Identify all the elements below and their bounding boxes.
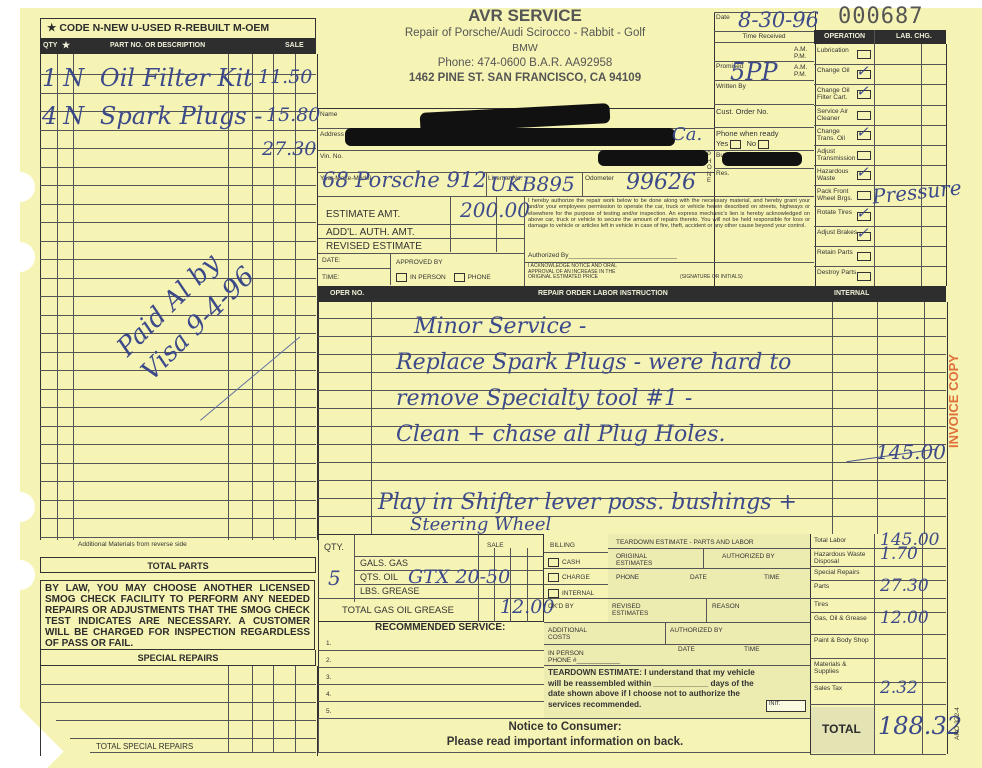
smog-notice: BY LAW, YOU MAY CHOOSE ANOTHER LICENSED … [40, 580, 315, 650]
addl-auth-label: ADD'L. AUTH. AMT. [326, 228, 415, 237]
authorization-text: I hereby authorize the repair work below… [528, 198, 810, 229]
part-row-2-sale: 15.80 [266, 104, 320, 126]
time-2-label: TIME [744, 646, 760, 653]
oper-no-header: OPER NO. [330, 290, 364, 297]
totals-row-value: 1.70 [880, 544, 918, 564]
operation-checkbox[interactable] [857, 252, 871, 261]
authorized-by-2-label: AUTHORIZED BY [670, 627, 725, 634]
qts-oil-label: QTS. OIL [360, 573, 398, 582]
init-box[interactable]: INIT. [766, 700, 806, 712]
original-estimates-label: ORIGINAL ESTIMATES [616, 553, 676, 567]
operation-item-label: Adjust Transmission [817, 148, 859, 162]
promised-value: 5PP [730, 58, 778, 86]
recommended-item-5: 5. [326, 708, 331, 715]
vin-label: Vin. No. [320, 153, 343, 160]
license-value: UKB895 [490, 172, 575, 196]
odometer-value: 99626 [626, 170, 696, 195]
sale-header: SALE [285, 42, 304, 49]
operation-item-label: Hazardous Waste [817, 168, 859, 182]
approved-by-label: APPROVED BY [396, 259, 443, 266]
recommended-item-2: 2. [326, 657, 331, 664]
sale-header: SALE [487, 542, 504, 549]
approved-options: IN PERSON PHONE [396, 273, 491, 282]
phone-ready-options: Yes No [716, 139, 772, 149]
check-mark-icon: ✓ [856, 204, 869, 222]
total-value: 188.32 [878, 712, 962, 740]
operation-item-label: Change Oil [817, 67, 859, 74]
pm-label: P.M. [794, 53, 807, 60]
check-mark-icon: ✓ [856, 123, 869, 141]
odometer-label: Odometer [585, 175, 614, 182]
qty-header: QTY. [324, 543, 344, 552]
invoice-copy-label: INVOICE COPY [946, 354, 961, 448]
written-by-label: Written By [716, 83, 746, 90]
redacted-vin [598, 150, 708, 166]
time-field-label: TIME: [322, 274, 339, 281]
yes-checkbox[interactable] [730, 140, 741, 149]
time-received-label: Time Received [714, 33, 814, 40]
operation-item-label: Pack Front Wheel Brgs. [817, 188, 859, 202]
pm-label: P.M. [794, 71, 807, 78]
am-label: A.M. [794, 64, 807, 71]
totals-row-value: 12.00 [880, 608, 929, 628]
part-row-1-sale: 11.50 [258, 66, 312, 88]
additional-costs-label: ADDITIONAL COSTS [548, 627, 608, 641]
operation-item-label: Service Air Cleaner [817, 108, 859, 122]
invoice-number: 000687 [838, 4, 923, 29]
revised-estimate-label: REVISED ESTIMATE [326, 242, 422, 251]
part-row-2: 4N Spark Plugs - [42, 102, 262, 130]
in-person-checkbox[interactable] [396, 273, 407, 282]
recommended-item-4: 4. [326, 691, 331, 698]
additional-materials-label: Additional Materials from reverse side [78, 541, 218, 548]
address-label: Address [320, 131, 344, 138]
operation-checkbox[interactable] [857, 50, 871, 59]
address-state: Ca. [672, 124, 702, 145]
part-row-1: 1N Oil Filter Kit [42, 64, 253, 92]
date-field-label: DATE: [322, 257, 341, 264]
labor-line-1: Minor Service - [414, 314, 586, 339]
totals-row-label: Materials & Supplies [814, 661, 872, 675]
consumer-notice-line-2: Please read important information on bac… [400, 735, 730, 750]
acknowledge-text: I ACKNOWLEDGE NOTICE AND ORAL APPROVAL O… [528, 264, 638, 281]
lab-chg-header: LAB. CHG. [896, 33, 932, 40]
qty-header: QTY [43, 42, 57, 49]
form-code: ARO-372-4 [954, 707, 961, 740]
operation-item-label: Change Trans. Oil [817, 128, 859, 142]
revised-estimates-label: REVISED ESTIMATES [612, 603, 662, 617]
shop-name: AVR SERVICE [330, 6, 720, 26]
totals-row-label: Sales Tax [814, 685, 872, 692]
operation-checkbox[interactable] [857, 191, 871, 200]
totals-row-label: Total Labor [814, 537, 872, 544]
star-header: ★ [62, 40, 70, 51]
estimate-label: ESTIMATE AMT. [326, 210, 400, 219]
check-mark-icon: ✓ [856, 163, 869, 181]
labor-instruction-header: REPAIR ORDER LABOR INSTRUCTION [538, 290, 668, 297]
recommended-item-1: 1. [326, 640, 331, 647]
no-checkbox[interactable] [758, 140, 769, 149]
date-value: 8-30-96 [738, 8, 819, 32]
labor-line-2: Replace Spark Plugs - were hard to [396, 350, 791, 375]
internal-header: INTERNAL [834, 290, 869, 297]
billing-cash[interactable]: CASH [548, 558, 580, 567]
totals-row-value: 27.30 [880, 576, 929, 596]
operation-item-label: Lubrication [817, 47, 859, 54]
shop-tagline-bmw: BMW [330, 42, 720, 54]
totals-row-label: Hazardous Waste Disposal [814, 551, 872, 565]
recommended-item-3: 3. [326, 674, 331, 681]
total-gas-oil-label: TOTAL GAS OIL GREASE [342, 606, 454, 615]
labor-note-1: Play in Shifter lever poss. bushings + [378, 490, 797, 515]
authorized-by-label: AUTHORIZED BY [722, 553, 777, 560]
totals-row-value: 2.32 [880, 678, 918, 698]
binder-hole [5, 172, 35, 202]
operation-checkbox[interactable]: ✓ [857, 171, 871, 180]
operation-checkbox[interactable]: ✓ [857, 70, 871, 79]
oil-qty: 5 [328, 566, 341, 590]
reason-label: REASON [712, 603, 739, 610]
labor-note-2: Steering Wheel [410, 514, 551, 535]
am-label: A.M. [794, 46, 807, 53]
binder-hole [5, 492, 35, 522]
gals-gas-label: GALS. GAS [360, 559, 408, 568]
time-label: TIME [764, 574, 780, 581]
consumer-notice-line-1: Notice to Consumer: [400, 720, 730, 735]
authorized-by-label: Authorized By___________________________… [528, 252, 677, 259]
res-phone-label: Res. [716, 170, 729, 177]
totals-row-label: Paint & Body Shop [814, 637, 872, 644]
binder-hole [5, 242, 35, 272]
operation-checkbox[interactable] [857, 111, 871, 120]
totals-row-label: Tires [814, 601, 872, 608]
billing-charge[interactable]: CHARGE [548, 573, 590, 582]
totals-row-label: Parts [814, 583, 872, 590]
check-mark-icon: ✓ [856, 224, 869, 242]
total-special-repairs-label: TOTAL SPECIAL REPAIRS [96, 742, 193, 751]
operation-checkbox[interactable] [857, 151, 871, 160]
okd-by-label: OK'D BY [548, 603, 574, 610]
shop-address: 1462 PINE ST. SAN FRANCISCO, CA 94109 [330, 72, 720, 84]
date-label: DATE [690, 574, 707, 581]
parts-header-bar: QTY ★ PART NO. OR DESCRIPTION SALE [40, 38, 316, 54]
binder-hole [5, 560, 35, 590]
labor-line-4: Clean + chase all Plug Holes. [396, 422, 726, 447]
operation-item-label: Adjust Brakes [817, 229, 859, 236]
operation-checkbox[interactable]: ✓ [857, 131, 871, 140]
consumer-notice: Notice to Consumer: Please read importan… [400, 720, 730, 750]
shop-tagline: Repair of Porsche/Audi Scirocco - Rabbit… [330, 27, 720, 39]
labor-line-3: remove Specialty tool #1 - [396, 386, 692, 411]
billing-header: BILLING [550, 542, 575, 549]
date-2-label: DATE [678, 646, 695, 653]
operation-checkbox[interactable]: ✓ [857, 90, 871, 99]
date-label: Date [716, 14, 730, 21]
operation-item-label: Destroy Parts [817, 269, 859, 276]
ymm-value: 68 Porsche 912 [322, 168, 487, 192]
operation-item-label: Retain Parts [817, 249, 859, 256]
shop-phone: Phone: 474-0600 B.A.R. AA92958 [330, 57, 720, 69]
check-mark-icon: ✓ [856, 82, 869, 100]
in-person-label: IN PERSON [548, 650, 584, 657]
total-parts-label: TOTAL PARTS [40, 557, 316, 573]
operation-header: OPERATION [824, 33, 865, 40]
signature-label: (SIGNATURE OR INITIALS) [680, 274, 743, 280]
desc-header: PART NO. OR DESCRIPTION [110, 42, 205, 49]
check-mark-icon: ✓ [856, 62, 869, 80]
phone-checkbox[interactable] [454, 273, 465, 282]
teardown-header: TEARDOWN ESTIMATE - PARTS AND LABOR [616, 539, 754, 546]
operation-item-label: Rotate Tires [817, 209, 859, 216]
teardown-notice: TEARDOWN ESTIMATE: I understand that my … [548, 668, 762, 710]
billing-internal[interactable]: INTERNAL [548, 589, 594, 598]
name-label: Name [320, 111, 337, 118]
phone-label: PHONE [616, 574, 639, 581]
cust-order-label: Cust. Order No. [716, 107, 769, 116]
phone-no-label: PHONE #____________ [548, 657, 620, 664]
code-legend: ★ CODE N-NEW U-USED R-REBUILT M-OEM [40, 18, 316, 38]
estimate-value: 200.00 [460, 198, 530, 222]
totals-row-label: Special Repairs [814, 569, 872, 576]
redacted-bus-phone [722, 152, 802, 166]
operation-checkbox[interactable]: ✓ [857, 212, 871, 221]
total-label: TOTAL [822, 722, 861, 736]
redacted-address [345, 128, 675, 146]
operation-checkbox[interactable]: ✓ [857, 232, 871, 241]
totals-row-label: Gas, Oil & Grease [814, 615, 872, 622]
parts-subtotal: 27.30 [262, 138, 316, 160]
special-repairs-label: SPECIAL REPAIRS [40, 650, 316, 666]
operation-checkbox[interactable] [857, 272, 871, 281]
operation-item-label: Change Oil Filter Cart. [817, 87, 859, 101]
phone-ready-label: Phone when ready [716, 129, 779, 138]
lbs-grease-label: LBS. GREASE [360, 587, 420, 596]
